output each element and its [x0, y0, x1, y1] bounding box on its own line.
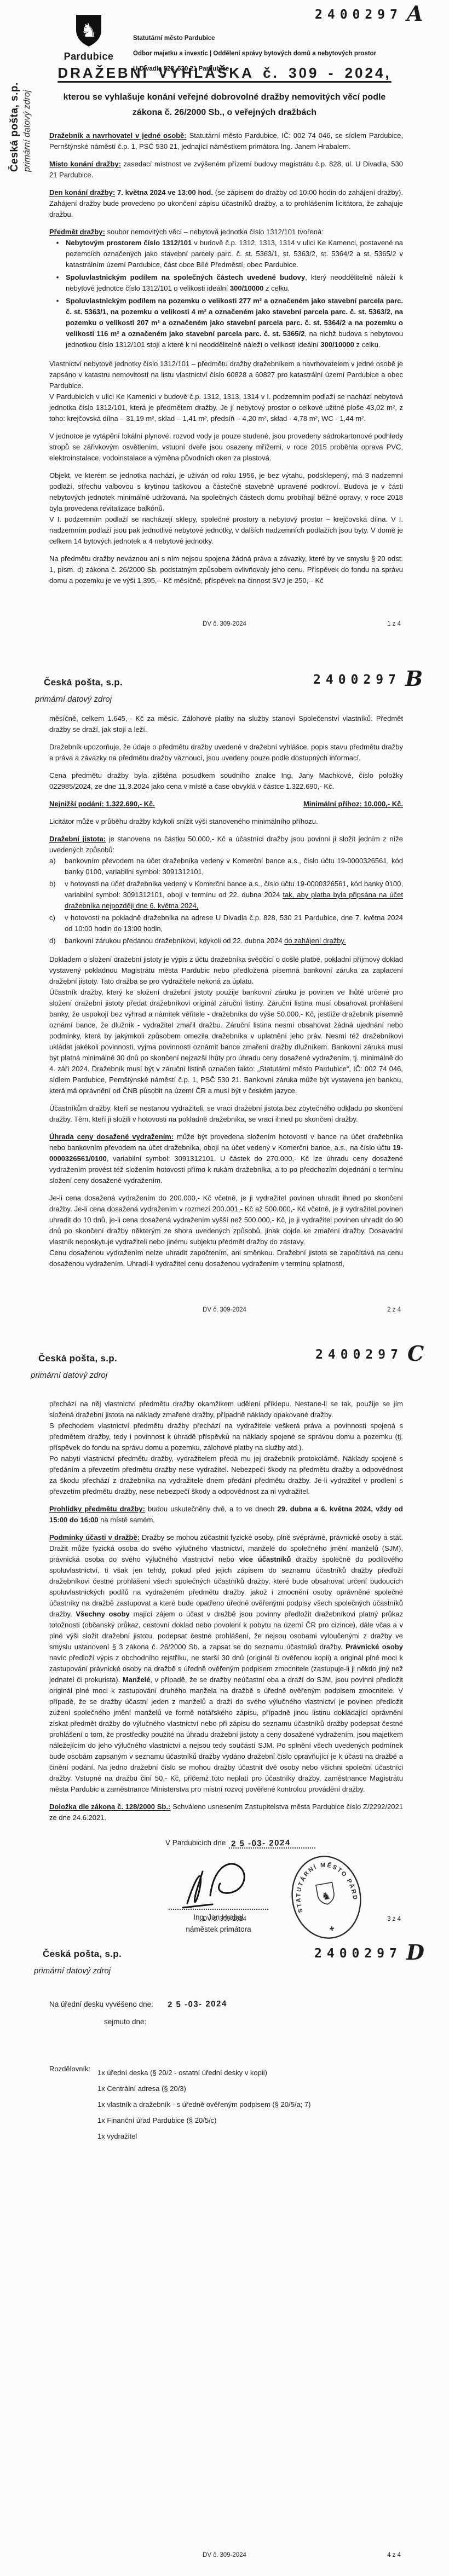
lowest-bid: Nejnižší podání: 1.322.690,- Kč.: [49, 799, 155, 810]
place-date-row: V Pardubicích dne2 5 -03- 2024: [165, 1838, 403, 1856]
stamp-letter: A: [407, 4, 423, 23]
bullet-icon: •: [49, 238, 66, 272]
coat-of-arms-icon: ♞: [76, 14, 102, 47]
page-number: 3 z 4: [387, 1916, 401, 1922]
stamp-number: 2400297: [315, 1344, 403, 1362]
list-item: b) v hotovosti na účet dražebníka vedený…: [49, 879, 403, 912]
page-number: 1 z 4: [387, 621, 401, 627]
paragraph: Je-li cena dosažená vydražením do 200.00…: [49, 1193, 403, 1247]
list-marker: b): [49, 879, 65, 912]
text-run: Prohlídky předmětu dražby:: [49, 1505, 145, 1513]
text-run: do zahájení dražby.: [284, 937, 346, 945]
doc-title-text: DRAŽEBNÍ VYHLÁŠKA č. 309 - 2024,: [57, 65, 391, 81]
list-item: 1x Centrální adresa (§ 20/3): [97, 2081, 310, 2096]
sender-source: primární datový zdroj: [31, 1371, 107, 1380]
text-run: bankovním převodem na účet dražebníka ve…: [65, 857, 403, 876]
org-line: Statutární město Pardubice: [133, 31, 402, 46]
stamp-letter: D: [406, 1943, 424, 1962]
paragraph: V I. podzemním podlaží se nacházejí skle…: [49, 514, 403, 547]
paragraph: Podmínky účasti v dražbě: Dražby se moho…: [49, 1532, 403, 1795]
page-3: Česká pošta, s.p. primární datový zdroj …: [0, 1314, 449, 1927]
paragraph: Cenu dosaženou vydražením nelze uhradit …: [49, 1247, 403, 1269]
posted-row: Na úřední desku vyvěšeno dne: 2 5 -03- 2…: [49, 2000, 227, 2009]
removed-label: sejmuto dne:: [104, 2018, 146, 2026]
place-date-label: V Pardubicích dne: [165, 1839, 226, 1847]
list-marker: d): [49, 935, 65, 948]
paragraph: Nebytovým prostorem číslo 1312/101 v bud…: [66, 238, 403, 270]
list-item: • Spoluvlastnickým podílem na pozemku o …: [49, 296, 403, 352]
list-item: 1x úřední deska (§ 20/2 - ostatní úřední…: [97, 2065, 310, 2081]
text-run: dražby společně do podílového spoluvlast…: [49, 1555, 403, 1618]
page-2: Česká pošta, s.p. primární datový zdroj …: [0, 643, 449, 1314]
paragraph: Dražební jistota: je stanovena na částku…: [49, 834, 403, 856]
paragraph: Účastník dražby, který ke složení dražeb…: [49, 987, 403, 1096]
text-run: z celku.: [354, 340, 381, 349]
page-footer: DV č. 309-2024 3 z 4: [0, 1916, 449, 1925]
text-run: Předmět dražby:: [49, 228, 105, 236]
page-4: Česká pošta, s.p. primární datový zdroj …: [0, 1927, 449, 2576]
paragraph: v hotovosti na pokladně dražebníka na ad…: [65, 912, 403, 934]
paragraph: Vlastnictví nebytové jednotky číslo 1312…: [49, 359, 403, 391]
list-item: • Spoluvlastnickým podílem na společných…: [49, 272, 403, 296]
paragraph: Spoluvlastnickým podílem na pozemku o ve…: [66, 296, 403, 350]
page-1-body: Dražebník a navrhovatel v jedné osobě: S…: [0, 130, 449, 593]
text-run: Manželé: [123, 1676, 151, 1684]
paragraph: Předmět dražby: soubor nemovitých věcí –…: [49, 227, 403, 238]
sender-name: Česká pošta, s.p.: [43, 1949, 122, 1960]
stamp-number: 2400297: [315, 4, 402, 22]
text-run: více účastníků: [239, 1555, 291, 1563]
text-run: soubor nemovitých věcí – nebytová jednot…: [105, 228, 324, 236]
org-line: Odbor majetku a investic | Oddělení sprá…: [133, 46, 402, 61]
list-item: d) bankovní zárukou předanou dražebníkov…: [49, 935, 403, 948]
horse-icon: ♞: [321, 1890, 332, 1903]
registry-stamp-c: 2400297 C: [315, 1344, 424, 1363]
text-run: 300/10000: [320, 340, 354, 349]
text-run: Spoluvlastnickým podílem na společných č…: [66, 273, 305, 281]
page-number: 4 z 4: [387, 2552, 401, 2558]
paragraph: Cena předmětu dražby byla zjištěna posud…: [49, 770, 403, 792]
list-marker: a): [49, 856, 65, 879]
text-run: , v případě, že se dražby neúčastní oba …: [49, 1676, 403, 1793]
paragraph: S přechodem vlastnictví předmětu dražby …: [49, 1420, 403, 1453]
paragraph: Dražebník a navrhovatel v jedné osobě: S…: [49, 130, 403, 152]
paragraph: V Pardubicích v ulici Ke Kamenici v budo…: [49, 391, 403, 424]
paragraph: Prohlídky předmětu dražby: budou uskuteč…: [49, 1504, 403, 1526]
text-run: Den konání dražby:: [49, 188, 115, 197]
text-run: z celku.: [263, 284, 290, 292]
text-run: Úhrada ceny dosažené vydražením:: [49, 1133, 174, 1141]
sender-source: primární datový zdroj: [34, 1966, 111, 1976]
paragraph: Licitátor může v průběhu dražby kdykoli …: [49, 816, 403, 827]
list-item: • Nebytovým prostorem číslo 1312/101 v b…: [49, 238, 403, 272]
text-run: Dražebník a navrhovatel v jedné osobě:: [49, 131, 187, 140]
text-run: Dražební jistota:: [49, 835, 106, 843]
sender-source: primární datový zdroj: [35, 695, 112, 704]
list-item: 1x vydražitel: [97, 2128, 310, 2144]
date-stamp: 2 5 -03- 2024: [231, 1838, 291, 1850]
text-run: Nebytovým prostorem číslo 1312/101: [66, 239, 192, 247]
date-stamp: 2 5 -03- 2024: [168, 1999, 227, 2009]
footer-doc-ref: DV č. 309-2024: [0, 621, 449, 627]
paragraph: bankovním převodem na účet dražebníka ve…: [65, 856, 403, 877]
page-1: Česká pošta, s.p. primární datový zdroj …: [0, 0, 449, 643]
text-run: Místo konání dražby:: [49, 160, 121, 168]
distribution-list: Rozdělovník: 1x úřední deska (§ 20/2 - o…: [49, 2065, 310, 2144]
sender-name: Česká pošta, s.p.: [44, 677, 123, 688]
minimum-bid-row: Nejnižší podání: 1.322.690,- Kč. Minimál…: [49, 799, 403, 810]
doc-subtitle: kterou se vyhlašuje konání veřejné dobro…: [38, 90, 411, 120]
footer-doc-ref: DV č. 309-2024: [0, 2552, 449, 2558]
paragraph: V jednotce je vytápění lokální plynové, …: [49, 431, 403, 464]
stamp-number: 2400297: [314, 1943, 402, 1961]
horse-icon: ♞: [80, 20, 97, 41]
stamp-letter: B: [405, 669, 423, 688]
page-2-body: měsíčně, celkem 1.645,-- Kč za měsíc. Zá…: [0, 713, 449, 1276]
paragraph: Spoluvlastnickým podílem na společných č…: [66, 272, 403, 294]
page-footer: DV č. 309-2024 4 z 4: [0, 2552, 449, 2561]
text-run: Všechny osoby: [76, 1610, 129, 1618]
paragraph: Po nabytí vlastnictví předmětu dražby, v…: [49, 1453, 403, 1497]
paragraph: Úhrada ceny dosažené vydražením: může bý…: [49, 1131, 403, 1186]
distribution-label: Rozdělovník:: [49, 2065, 97, 2144]
list-item: c) v hotovosti na pokladně dražebníka na…: [49, 912, 403, 935]
bullet-icon: •: [49, 272, 66, 296]
paragraph: v hotovosti na účet dražebníka vedený v …: [65, 879, 403, 911]
posted-label: Na úřední desku vyvěšeno dne:: [49, 2000, 153, 2008]
page-3-body: přechází na něj vlastnictví předmětu dra…: [0, 1399, 449, 1968]
footer-doc-ref: DV č. 309-2024: [0, 1916, 449, 1922]
stamp-number: 2400297: [313, 669, 401, 687]
signature-icon: [180, 1857, 273, 1912]
stamp-letter: C: [407, 1344, 424, 1363]
paragraph: Objekt, ve kterém se jednotka nachází, j…: [49, 470, 403, 514]
list-item: 1x Finanční úřad Pardubice (§ 20/5/c): [97, 2112, 310, 2128]
registry-stamp-d: 2400297 D: [314, 1943, 424, 1962]
sender-name: Česká pošta, s.p.: [38, 1353, 117, 1364]
registry-stamp-b: 2400297 B: [313, 669, 423, 688]
text-run: budou uskutečněny dvě, a to ve dnech: [145, 1505, 278, 1513]
text-run: bankovní zárukou předanou dražebníkovi, …: [65, 937, 284, 945]
text-run: v hotovosti na pokladně dražebníka na ad…: [65, 914, 403, 933]
pardubice-logo: ♞ Pardubice: [58, 14, 119, 62]
text-run: Doložka dle zákona č. 128/2000 Sb.:: [49, 1803, 170, 1811]
distribution-items: 1x úřední deska (§ 20/2 - ostatní úřední…: [97, 2065, 310, 2144]
removed-row: sejmuto dne:: [104, 2018, 146, 2026]
date-slot: 2 5 -03- 2024: [229, 1847, 315, 1849]
text-run: Podmínky účasti v dražbě:: [49, 1533, 140, 1541]
footer-doc-ref: DV č. 309-2024: [0, 1307, 449, 1313]
list-item: a) bankovním převodem na účet dražebníka…: [49, 856, 403, 879]
paragraph: Den konání dražby: 7. května 2024 ve 13:…: [49, 187, 403, 220]
paragraph: Účastníkům dražby, kteří se nestanou vyd…: [49, 1103, 403, 1125]
logo-text: Pardubice: [58, 51, 119, 62]
bullet-icon: •: [49, 296, 66, 352]
paragraph: přechází na něj vlastnictví předmětu dra…: [49, 1399, 403, 1420]
doc-title: DRAŽEBNÍ VYHLÁŠKA č. 309 - 2024,: [22, 65, 427, 82]
text-run: na místě samém.: [99, 1516, 155, 1524]
list-item: 1x vlastník a dražebník - s úředně ověře…: [97, 2096, 310, 2112]
page-footer: DV č. 309-2024 1 z 4: [0, 621, 449, 629]
page-number: 2 z 4: [387, 1307, 401, 1313]
text-run: 300/10000: [230, 284, 263, 292]
text-run: Právnické osoby: [346, 1643, 403, 1651]
paragraph: Místo konání dražby: zasedací místnost v…: [49, 159, 403, 181]
text-run: 7. května 2024 ve 13:00 hod.: [115, 188, 213, 197]
signature-line: [169, 1909, 268, 1910]
paragraph: Dokladem o složení dražební jistoty je v…: [49, 954, 403, 987]
minimum-increment: Minimální příhoz: 10.000,- Kč.: [303, 799, 403, 810]
paragraph: Dražebník upozorňuje, že údaje o předmět…: [49, 742, 403, 764]
list-marker: c): [49, 912, 65, 935]
paragraph: Doložka dle zákona č. 128/2000 Sb.: Schv…: [49, 1801, 403, 1823]
paragraph: měsíčně, celkem 1.645,-- Kč za měsíc. Zá…: [49, 713, 403, 735]
registry-stamp-a: 2400297 A: [315, 4, 423, 23]
paragraph: bankovní zárukou předanou dražebníkovi, …: [65, 935, 403, 946]
paragraph: Na předmětu dražby neváznou ani s ním ne…: [49, 553, 403, 586]
